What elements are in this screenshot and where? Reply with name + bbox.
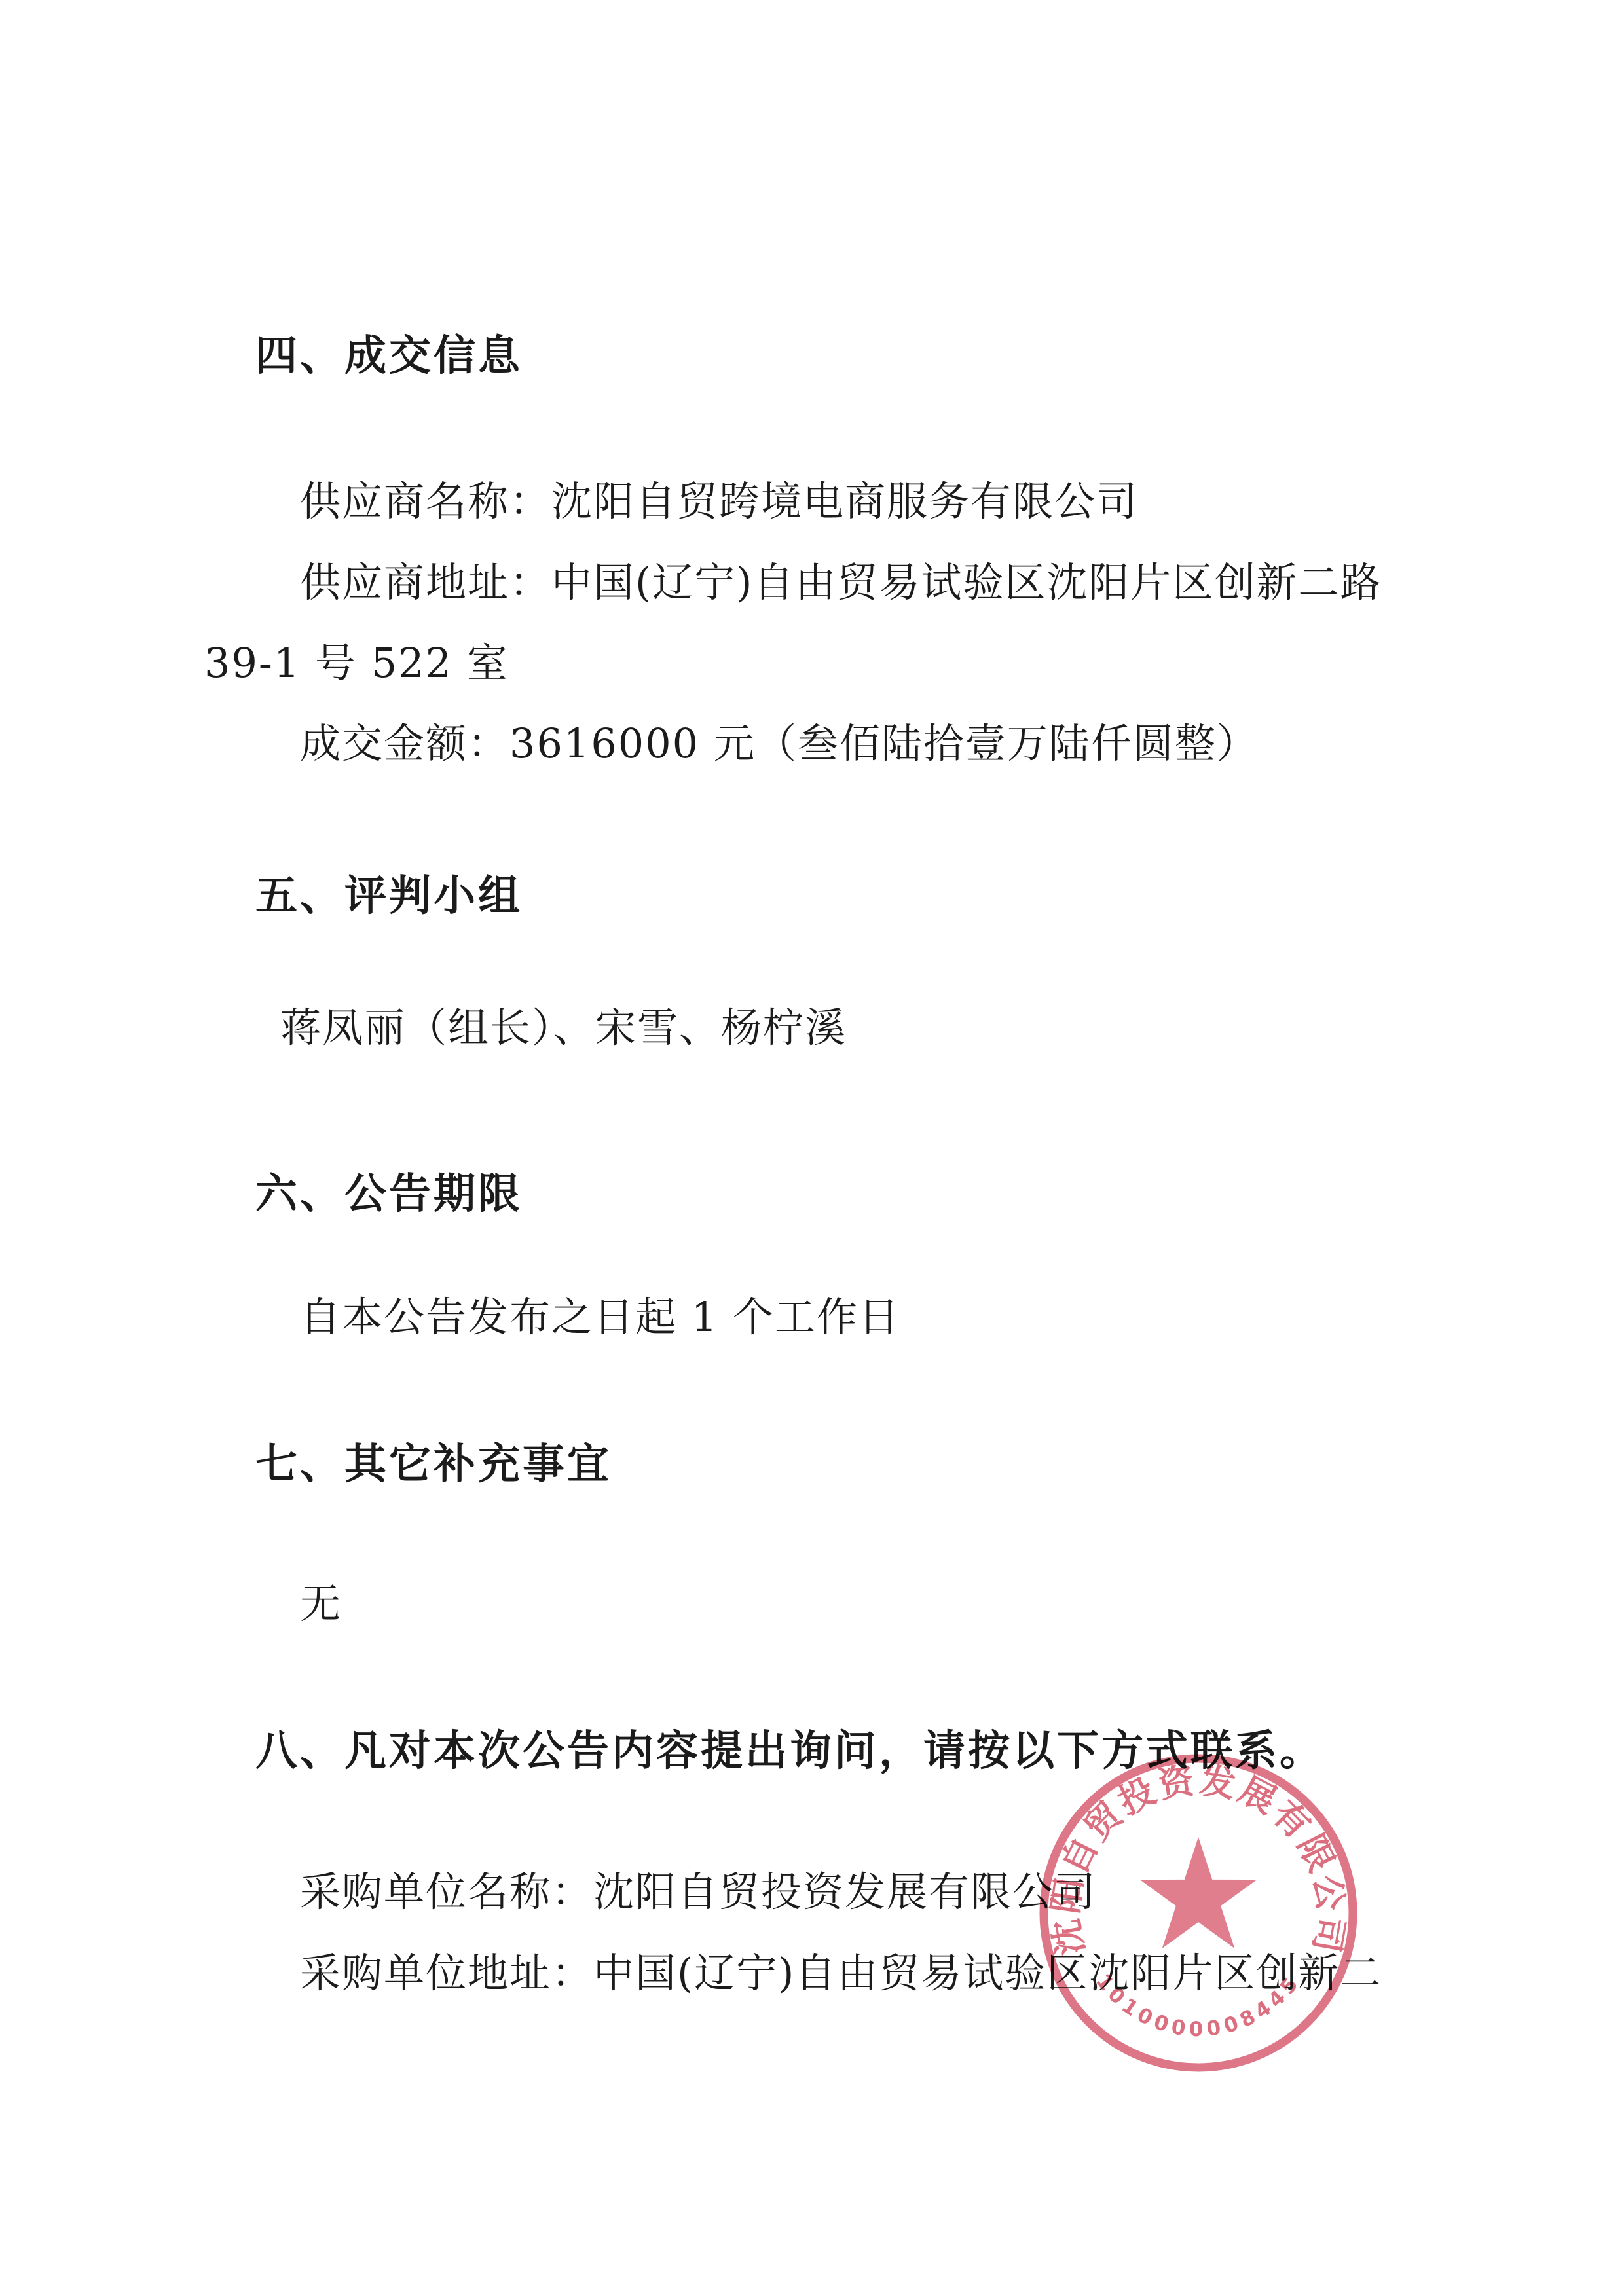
supplier-name-line: 供应商名称：沈阳自贸跨境电商服务有限公司	[300, 469, 1138, 527]
section-heading-4: 四、成交信息	[255, 322, 523, 382]
deal-amount-line: 成交金额：3616000 元（叁佰陆拾壹万陆仟圆整）	[300, 711, 1259, 769]
star-icon	[1140, 1837, 1257, 1948]
document-page: 四、成交信息 供应商名称：沈阳自贸跨境电商服务有限公司 供应商地址：中国(辽宁)…	[0, 0, 1624, 2296]
section-heading-6: 六、公告期限	[255, 1160, 523, 1220]
supplement-line: 无	[300, 1571, 342, 1630]
supplier-address-line: 供应商地址：中国(辽宁)自由贸易试验区沈阳片区创新二路	[300, 550, 1382, 608]
official-seal: 沈阳自贸投资发展有限公司 210100000084459	[1035, 1749, 1362, 2077]
purchaser-name-line: 采购单位名称：沈阳自贸投资发展有限公司	[300, 1859, 1096, 1918]
section-heading-7: 七、其它补充事宜	[255, 1430, 612, 1491]
notice-period-line: 自本公告发布之日起 1 个工作日	[300, 1285, 900, 1343]
section-heading-5: 五、评判小组	[255, 862, 523, 922]
judge-panel-line: 蒋凤丽（组长）、宋雪、杨柠溪	[280, 995, 847, 1053]
supplier-address-line-2: 39-1 号 522 室	[204, 630, 509, 689]
